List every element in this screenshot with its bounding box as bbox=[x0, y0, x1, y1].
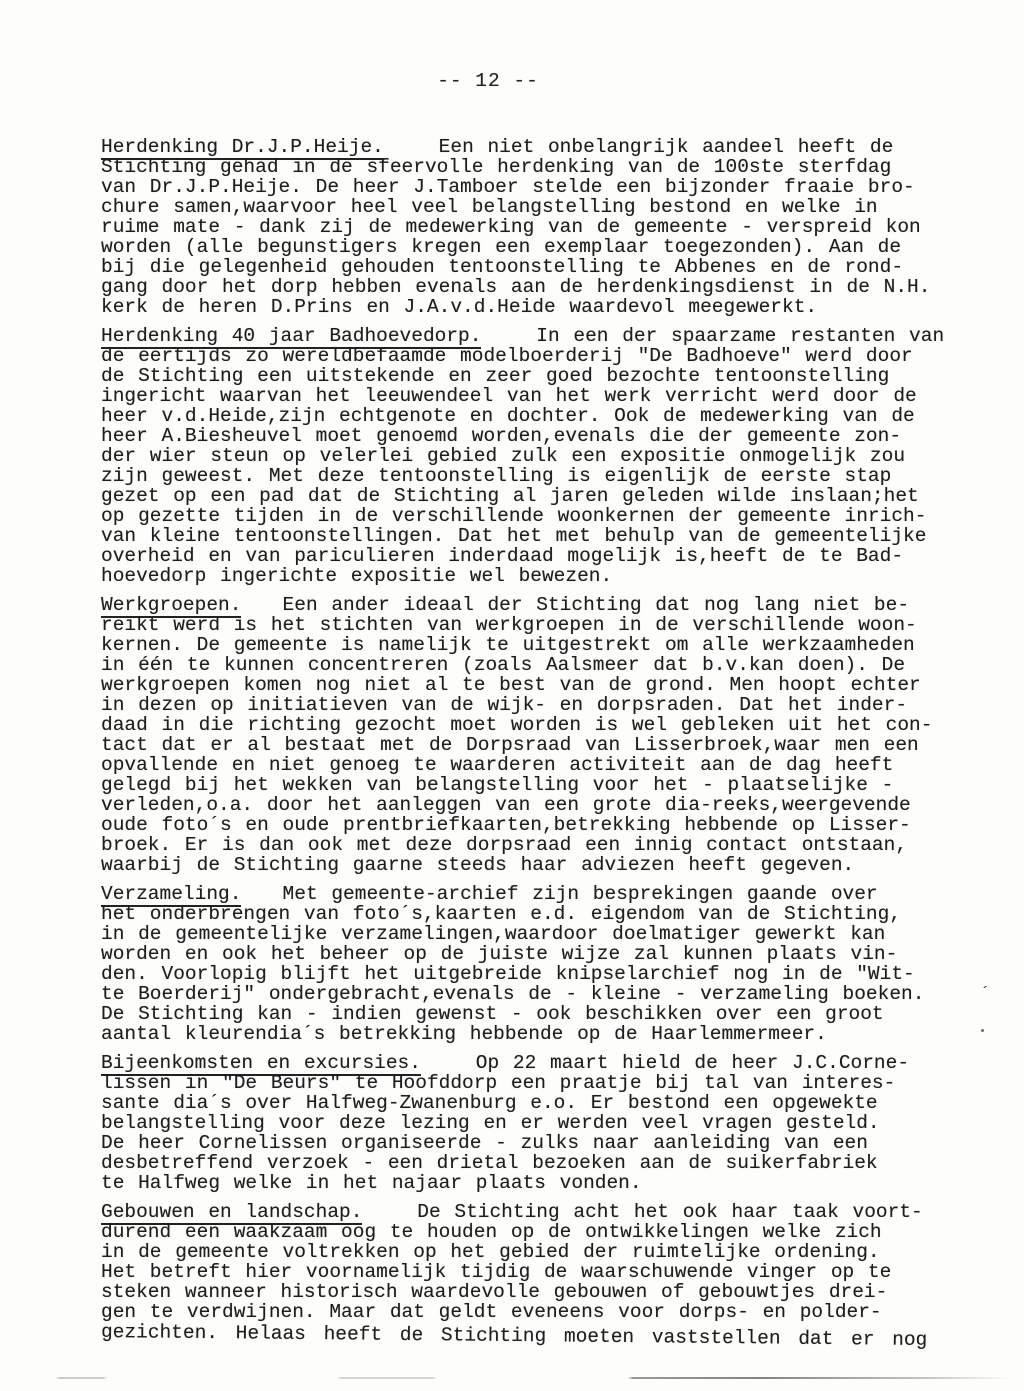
paragraph-first-line: Herdenking Dr.J.P.Heije. Een niet onbela… bbox=[101, 137, 981, 157]
paragraph-line: overheid en van pariculieren inderdaad m… bbox=[101, 546, 981, 566]
paragraph-line: worden en ook het beheer op de juiste wi… bbox=[101, 944, 981, 964]
paragraph-line: gang door het dorp hebben evenals aan de… bbox=[101, 277, 981, 297]
paragraph-line: steken wanneer historisch waardevolle ge… bbox=[101, 1282, 981, 1302]
paragraph-line: De Stichting kan - indien gewenst - ook … bbox=[101, 1004, 981, 1024]
paragraph-line: van Dr.J.P.Heije. De heer J.Tamboer stel… bbox=[101, 177, 981, 197]
paragraph-line: durend een waakzaam oog te houden op de … bbox=[101, 1222, 981, 1242]
paragraph-line: belangstelling voor deze lezing en er we… bbox=[101, 1113, 981, 1133]
paragraph-line: werkgroepen komen nog niet al te best va… bbox=[101, 675, 981, 695]
paragraph-line: den. Voorlopig blijft het uitgebreide kn… bbox=[101, 964, 981, 984]
paragraph-line: kerk de heren D.Prins en J.A.v.d.Heide w… bbox=[101, 297, 981, 317]
paragraph-line: in één te kunnen concentreren (zoals Aal… bbox=[101, 655, 981, 675]
scan-artifact-line bbox=[55, 1377, 1010, 1379]
paragraph-first-line: Bijeenkomsten en excursies. Op 22 maart … bbox=[101, 1053, 981, 1073]
paragraph-line: op gezette tijden in de verschillende wo… bbox=[101, 506, 981, 526]
paragraph-line: te Boerderij" ondergebracht,evenals de -… bbox=[101, 984, 981, 1004]
paragraph-line: hoevedorp ingerichte expositie wel bewez… bbox=[101, 566, 981, 586]
paragraph: Gebouwen en landschap. De Stichting acht… bbox=[101, 1202, 981, 1342]
paragraph-line: kernen. De gemeente is namelijk te uitge… bbox=[101, 635, 981, 655]
paragraph-line: lissen in "De Beurs" te Hoofddorp een pr… bbox=[101, 1073, 981, 1093]
paragraph-first-line: Werkgroepen. Een ander ideaal der Sticht… bbox=[101, 595, 981, 615]
paragraph-line: Het betreft hier voornamelijk tijdig de … bbox=[101, 1262, 981, 1282]
paragraph-line: gezet op een pad dat de Stichting al jar… bbox=[101, 486, 981, 506]
paragraph: Herdenking Dr.J.P.Heije. Een niet onbela… bbox=[101, 137, 981, 317]
paragraph-line: ingericht waarvan het leeuwendeel van he… bbox=[101, 386, 981, 406]
paragraph: Werkgroepen. Een ander ideaal der Sticht… bbox=[101, 595, 981, 875]
paragraph-text: In een der spaarzame restanten van bbox=[481, 325, 944, 347]
paragraph-text: De Stichting acht het ook haar taak voor… bbox=[362, 1201, 922, 1223]
document-body: Herdenking Dr.J.P.Heije. Een niet onbela… bbox=[101, 137, 981, 1342]
paragraph: Herdenking 40 jaar Badhoevedorp. In een … bbox=[101, 326, 981, 586]
paragraph: Bijeenkomsten en excursies. Op 22 maart … bbox=[101, 1053, 981, 1193]
paragraph-line: het onderbrengen van foto´s,kaarten e.d.… bbox=[101, 904, 981, 924]
paragraph-line: tact dat er al bestaat met de Dorpsraad … bbox=[101, 735, 981, 755]
paragraph-line: reikt werd is het stichten van werkgroep… bbox=[101, 615, 981, 635]
paragraph-line: in dezen op initiatieven van de wijk- en… bbox=[101, 695, 981, 715]
paragraph-text: Een ander ideaal der Stichting dat nog l… bbox=[241, 594, 909, 616]
paragraph-line: daad in die richting gezocht moet worden… bbox=[101, 715, 981, 735]
paragraph-line: de Stichting een uitstekende en zeer goe… bbox=[101, 366, 981, 386]
paragraph-line: broek. Er is dan ook met deze dorpsraad … bbox=[101, 835, 981, 855]
paragraph-line: zijn geweest. Met deze tentoonstelling i… bbox=[101, 466, 981, 486]
paragraph-line: desbetreffend verzoek - een drietal bezo… bbox=[101, 1153, 981, 1173]
paragraph-line: chure samen,waarvoor heel veel belangste… bbox=[101, 197, 981, 217]
paragraph-line: ruime mate - dank zij de medewerking van… bbox=[101, 217, 981, 237]
margin-speck-tick: ´ bbox=[980, 985, 990, 1004]
paragraph: Verzameling. Met gemeente-archief zijn b… bbox=[101, 884, 981, 1044]
paragraph-text: Met gemeente-archief zijn besprekingen g… bbox=[241, 883, 877, 905]
paragraph-line: gelegd bij het wekken van belangstelling… bbox=[101, 775, 981, 795]
page-number: -- 12 -- bbox=[0, 70, 1000, 92]
paragraph-line: Stichting gehad in de sfeervolle herdenk… bbox=[101, 157, 981, 177]
paragraph-line: sante dia´s over Halfweg-Zwanenburg e.o.… bbox=[101, 1093, 981, 1113]
paragraph-line: worden (alle begunstigers kregen een exe… bbox=[101, 237, 981, 257]
paragraph-line: bij die gelegenheid gehouden tentoonstel… bbox=[101, 257, 981, 277]
paragraph-line: heer v.d.Heide,zijn echtgenote en dochte… bbox=[101, 406, 981, 426]
paragraph-line: De heer Cornelissen organiseerde - zulks… bbox=[101, 1133, 981, 1153]
paragraph-line: in de gemeente voltrekken op het gebied … bbox=[101, 1242, 981, 1262]
scanned-document-page: -- 12 -- Herdenking Dr.J.P.Heije. Een ni… bbox=[0, 0, 1024, 1391]
paragraph-text: Een niet onbelangrijk aandeel heeft de bbox=[384, 136, 893, 158]
paragraph-line: opvallende en niet genoeg te waarderen a… bbox=[101, 755, 981, 775]
paragraph-first-line: Gebouwen en landschap. De Stichting acht… bbox=[101, 1202, 981, 1222]
paragraph-line: oude foto´s en oude prentbriefkaarten,be… bbox=[101, 815, 981, 835]
paragraph-line: gen te verdwijnen. Maar dat geldt evenee… bbox=[101, 1302, 981, 1322]
paragraph-text: Op 22 maart hield de heer J.C.Corne- bbox=[421, 1052, 909, 1074]
paragraph-line: aantal kleurendia´s betrekking hebbende … bbox=[101, 1024, 981, 1044]
paragraph-line: waarbij de Stichting gaarne steeds haar … bbox=[101, 855, 981, 875]
paragraph-first-line: Verzameling. Met gemeente-archief zijn b… bbox=[101, 884, 981, 904]
paragraph-first-line: Herdenking 40 jaar Badhoevedorp. In een … bbox=[101, 326, 981, 346]
paragraph-line: verleden,o.a. door het aanleggen van een… bbox=[101, 795, 981, 815]
paragraph-line: heer A.Biesheuvel moet genoemd worden,ev… bbox=[101, 426, 981, 446]
paragraph-line: gezichten. Helaas heeft de Stichting moe… bbox=[101, 1322, 981, 1350]
paragraph-line: in de gemeentelijke verzamelingen,waardo… bbox=[101, 924, 981, 944]
margin-speck-dot bbox=[981, 1029, 984, 1032]
paragraph-line: te Halfweg welke in het najaar plaats vo… bbox=[101, 1173, 981, 1193]
paragraph-line: de eertijds zo wereldbefaamde modelboerd… bbox=[101, 346, 981, 366]
paragraph-line: van kleine tentoonstellingen. Dat het me… bbox=[101, 526, 981, 546]
paragraph-line: der wier steun op velerlei gebied zulk e… bbox=[101, 446, 981, 466]
